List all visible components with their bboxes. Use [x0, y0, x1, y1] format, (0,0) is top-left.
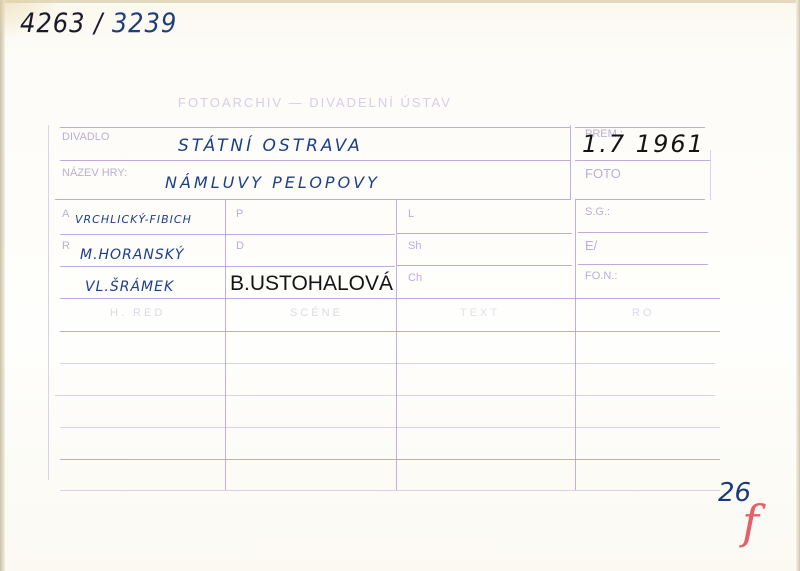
- column-header-3: TEXT: [460, 307, 500, 319]
- grid-line: [225, 266, 395, 267]
- grid-line: [60, 427, 720, 428]
- value-r: M.HORANSKÝ: [80, 247, 184, 263]
- grid-line: [570, 125, 571, 200]
- column-header-2: SCÉNE: [290, 307, 343, 319]
- grid-line: [55, 395, 715, 396]
- label-d: D: [236, 240, 244, 252]
- column-header-4: RO: [632, 307, 655, 319]
- label-e: E/: [585, 238, 597, 253]
- label-fo-n: FO.N.:: [585, 270, 617, 282]
- inventory-part2: 3239: [112, 8, 177, 39]
- label-sg: S.G.:: [585, 206, 610, 218]
- value-kostymy: B.USTOHALOVÁ: [230, 272, 393, 296]
- grid-line: [48, 125, 49, 480]
- grid-line: [60, 490, 720, 491]
- label-r: R: [62, 240, 70, 252]
- card-left-edge: [0, 0, 5, 571]
- grid-line: [575, 199, 705, 200]
- grid-line: [397, 233, 572, 234]
- grid-line: [225, 200, 226, 490]
- label-l: L: [408, 208, 414, 220]
- archive-photo-card: 4263 / 3239 FOTOARCHIV — DIVADELNÍ ÚSTAV…: [0, 0, 800, 571]
- grid-line: [575, 160, 710, 161]
- value-nazev-hry: NÁMLUVY PELOPOVY: [165, 173, 380, 192]
- label-p: P: [236, 208, 243, 220]
- column-header-1: H. RED: [110, 307, 165, 319]
- label-foto: FOTO: [585, 166, 621, 181]
- label-nazev-hry: NÁZEV HRY:: [62, 167, 127, 179]
- grid-line: [60, 331, 720, 332]
- label-ch: Ch: [408, 272, 422, 284]
- value-premiera-text: 1.7 1961: [582, 130, 705, 158]
- grid-line: [225, 234, 395, 235]
- inventory-separator: /: [94, 8, 103, 39]
- grid-line: [60, 234, 225, 235]
- value-premiera: 1.7 1961: [582, 130, 705, 158]
- grid-line: [396, 200, 397, 490]
- stamp-header: FOTOARCHIV — DIVADELNÍ ÚSTAV: [178, 95, 452, 110]
- grid-line: [578, 232, 708, 233]
- value-divadlo: STÁTNÍ OSTRAVA: [178, 136, 363, 156]
- inventory-part1: 4263: [20, 8, 85, 39]
- value-s: VL.ŠRÁMEK: [85, 279, 174, 295]
- label-sh: Sh: [408, 240, 421, 252]
- grid-line: [60, 127, 570, 128]
- grid-line: [60, 459, 720, 460]
- grid-line: [575, 200, 576, 490]
- label-a: A: [62, 208, 69, 220]
- grid-line: [60, 298, 720, 299]
- card-top-edge: [0, 0, 800, 3]
- grid-line: [710, 150, 711, 200]
- inventory-number: 4263 / 3239: [20, 8, 177, 39]
- grid-line: [60, 266, 225, 267]
- card-right-edge: [796, 0, 800, 571]
- grid-line: [60, 363, 715, 364]
- label-divadlo: DIVADLO: [62, 131, 109, 143]
- grid-line: [397, 265, 572, 266]
- grid-line: [55, 199, 570, 200]
- value-a: VRCHLICKÝ-FIBICH: [75, 213, 192, 226]
- grid-line: [60, 160, 570, 161]
- red-pencil-mark: f: [742, 495, 759, 549]
- grid-line: [578, 264, 708, 265]
